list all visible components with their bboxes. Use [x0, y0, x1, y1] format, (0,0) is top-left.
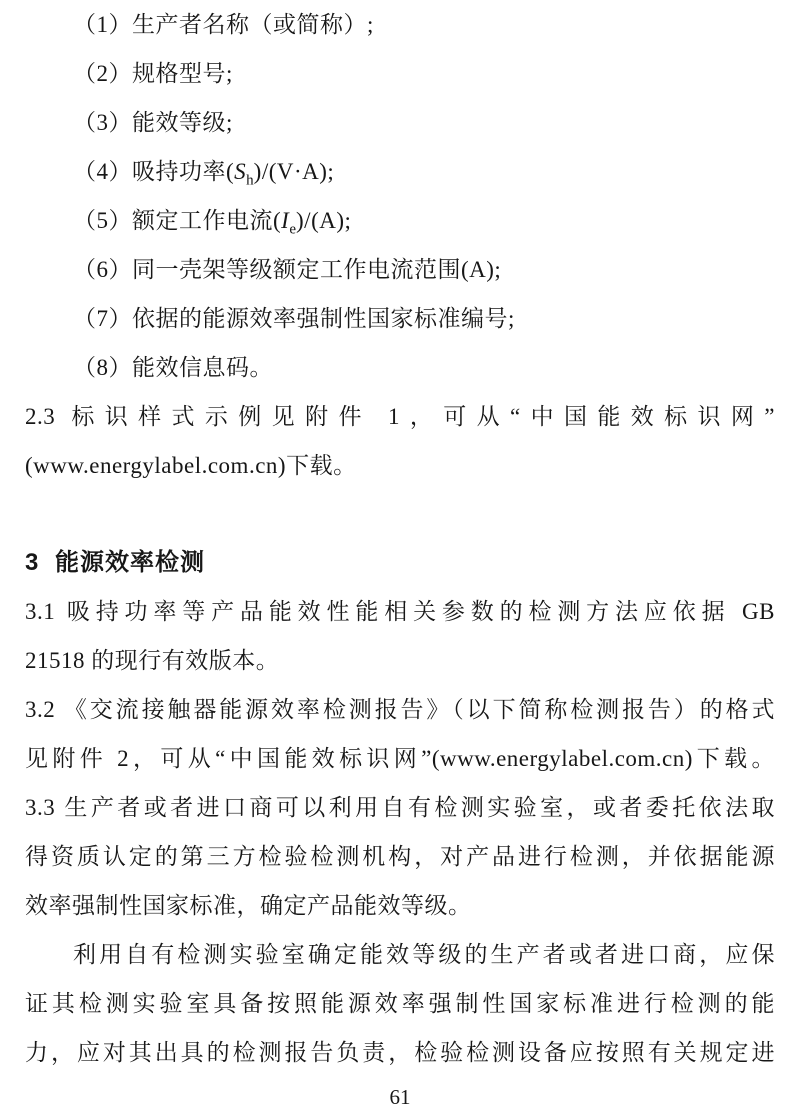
para-3-2-line-2: 见附件 2，可从“中国能效标识网”(www.energylabel.com.cn… [25, 734, 775, 783]
para-2-3-line-2: (www.energylabel.com.cn)下载。 [25, 441, 775, 490]
list-item-1: （1）生产者名称（或简称）; [25, 0, 775, 49]
page-number: 61 [25, 1083, 775, 1111]
para-3-3-line-2: 得资质认定的第三方检验检测机构，对产品进行检测，并依据能源 [25, 832, 775, 881]
para-3-1-line-2: 21518 的现行有效版本。 [25, 636, 775, 685]
list-item-4-pre: （4）吸持功率( [73, 159, 234, 184]
document-page: （1）生产者名称（或简称）; （2）规格型号; （3）能效等级; （4）吸持功率… [0, 0, 800, 1117]
section-3-heading: 3 能源效率检测 [25, 538, 775, 587]
list-item-5-post: )/(A); [296, 208, 351, 233]
list-item-7: （7）依据的能源效率强制性国家标准编号; [25, 294, 775, 343]
list-item-2: （2）规格型号; [25, 49, 775, 98]
para-3-1-line-1: 3.1 吸持功率等产品能效性能相关参数的检测方法应依据 GB [25, 587, 775, 636]
para-3-3-line-3: 效率强制性国家标准，确定产品能效等级。 [25, 881, 775, 930]
document-page-background: { "colors": { "text": "#171717", "backgr… [0, 0, 800, 1117]
list-item-5: （5）额定工作电流(Ie)/(A); [25, 196, 775, 245]
para-lab-line-1: 利用自有检测实验室确定能效等级的生产者或者进口商，应保 [25, 930, 775, 979]
para-2-3-line-1: 2.3 标识样式示例见附件 1，可从“中国能效标识网” [25, 392, 775, 441]
symbol-s: S [234, 159, 246, 184]
para-lab-line-3: 力，应对其出具的检测报告负责，检验检测设备应按照有关规定进 [25, 1028, 775, 1077]
subscript-h: h [246, 173, 254, 189]
para-lab-line-2: 证其检测实验室具备按照能源效率强制性国家标准进行检测的能 [25, 979, 775, 1028]
para-3-2-line-1: 3.2 《交流接触器能源效率检测报告》（以下简称检测报告）的格式 [25, 685, 775, 734]
list-item-4: （4）吸持功率(Sh)/(V·A); [25, 147, 775, 196]
list-item-3: （3）能效等级; [25, 98, 775, 147]
subscript-e: e [289, 222, 296, 238]
list-item-4-post: )/(V·A); [254, 159, 335, 184]
para-3-3-line-1: 3.3 生产者或者进口商可以利用自有检测实验室，或者委托依法取 [25, 783, 775, 832]
list-item-5-pre: （5）额定工作电流( [73, 208, 281, 233]
list-item-8: （8）能效信息码。 [25, 343, 775, 392]
list-item-6: （6）同一壳架等级额定工作电流范围(A); [25, 245, 775, 294]
